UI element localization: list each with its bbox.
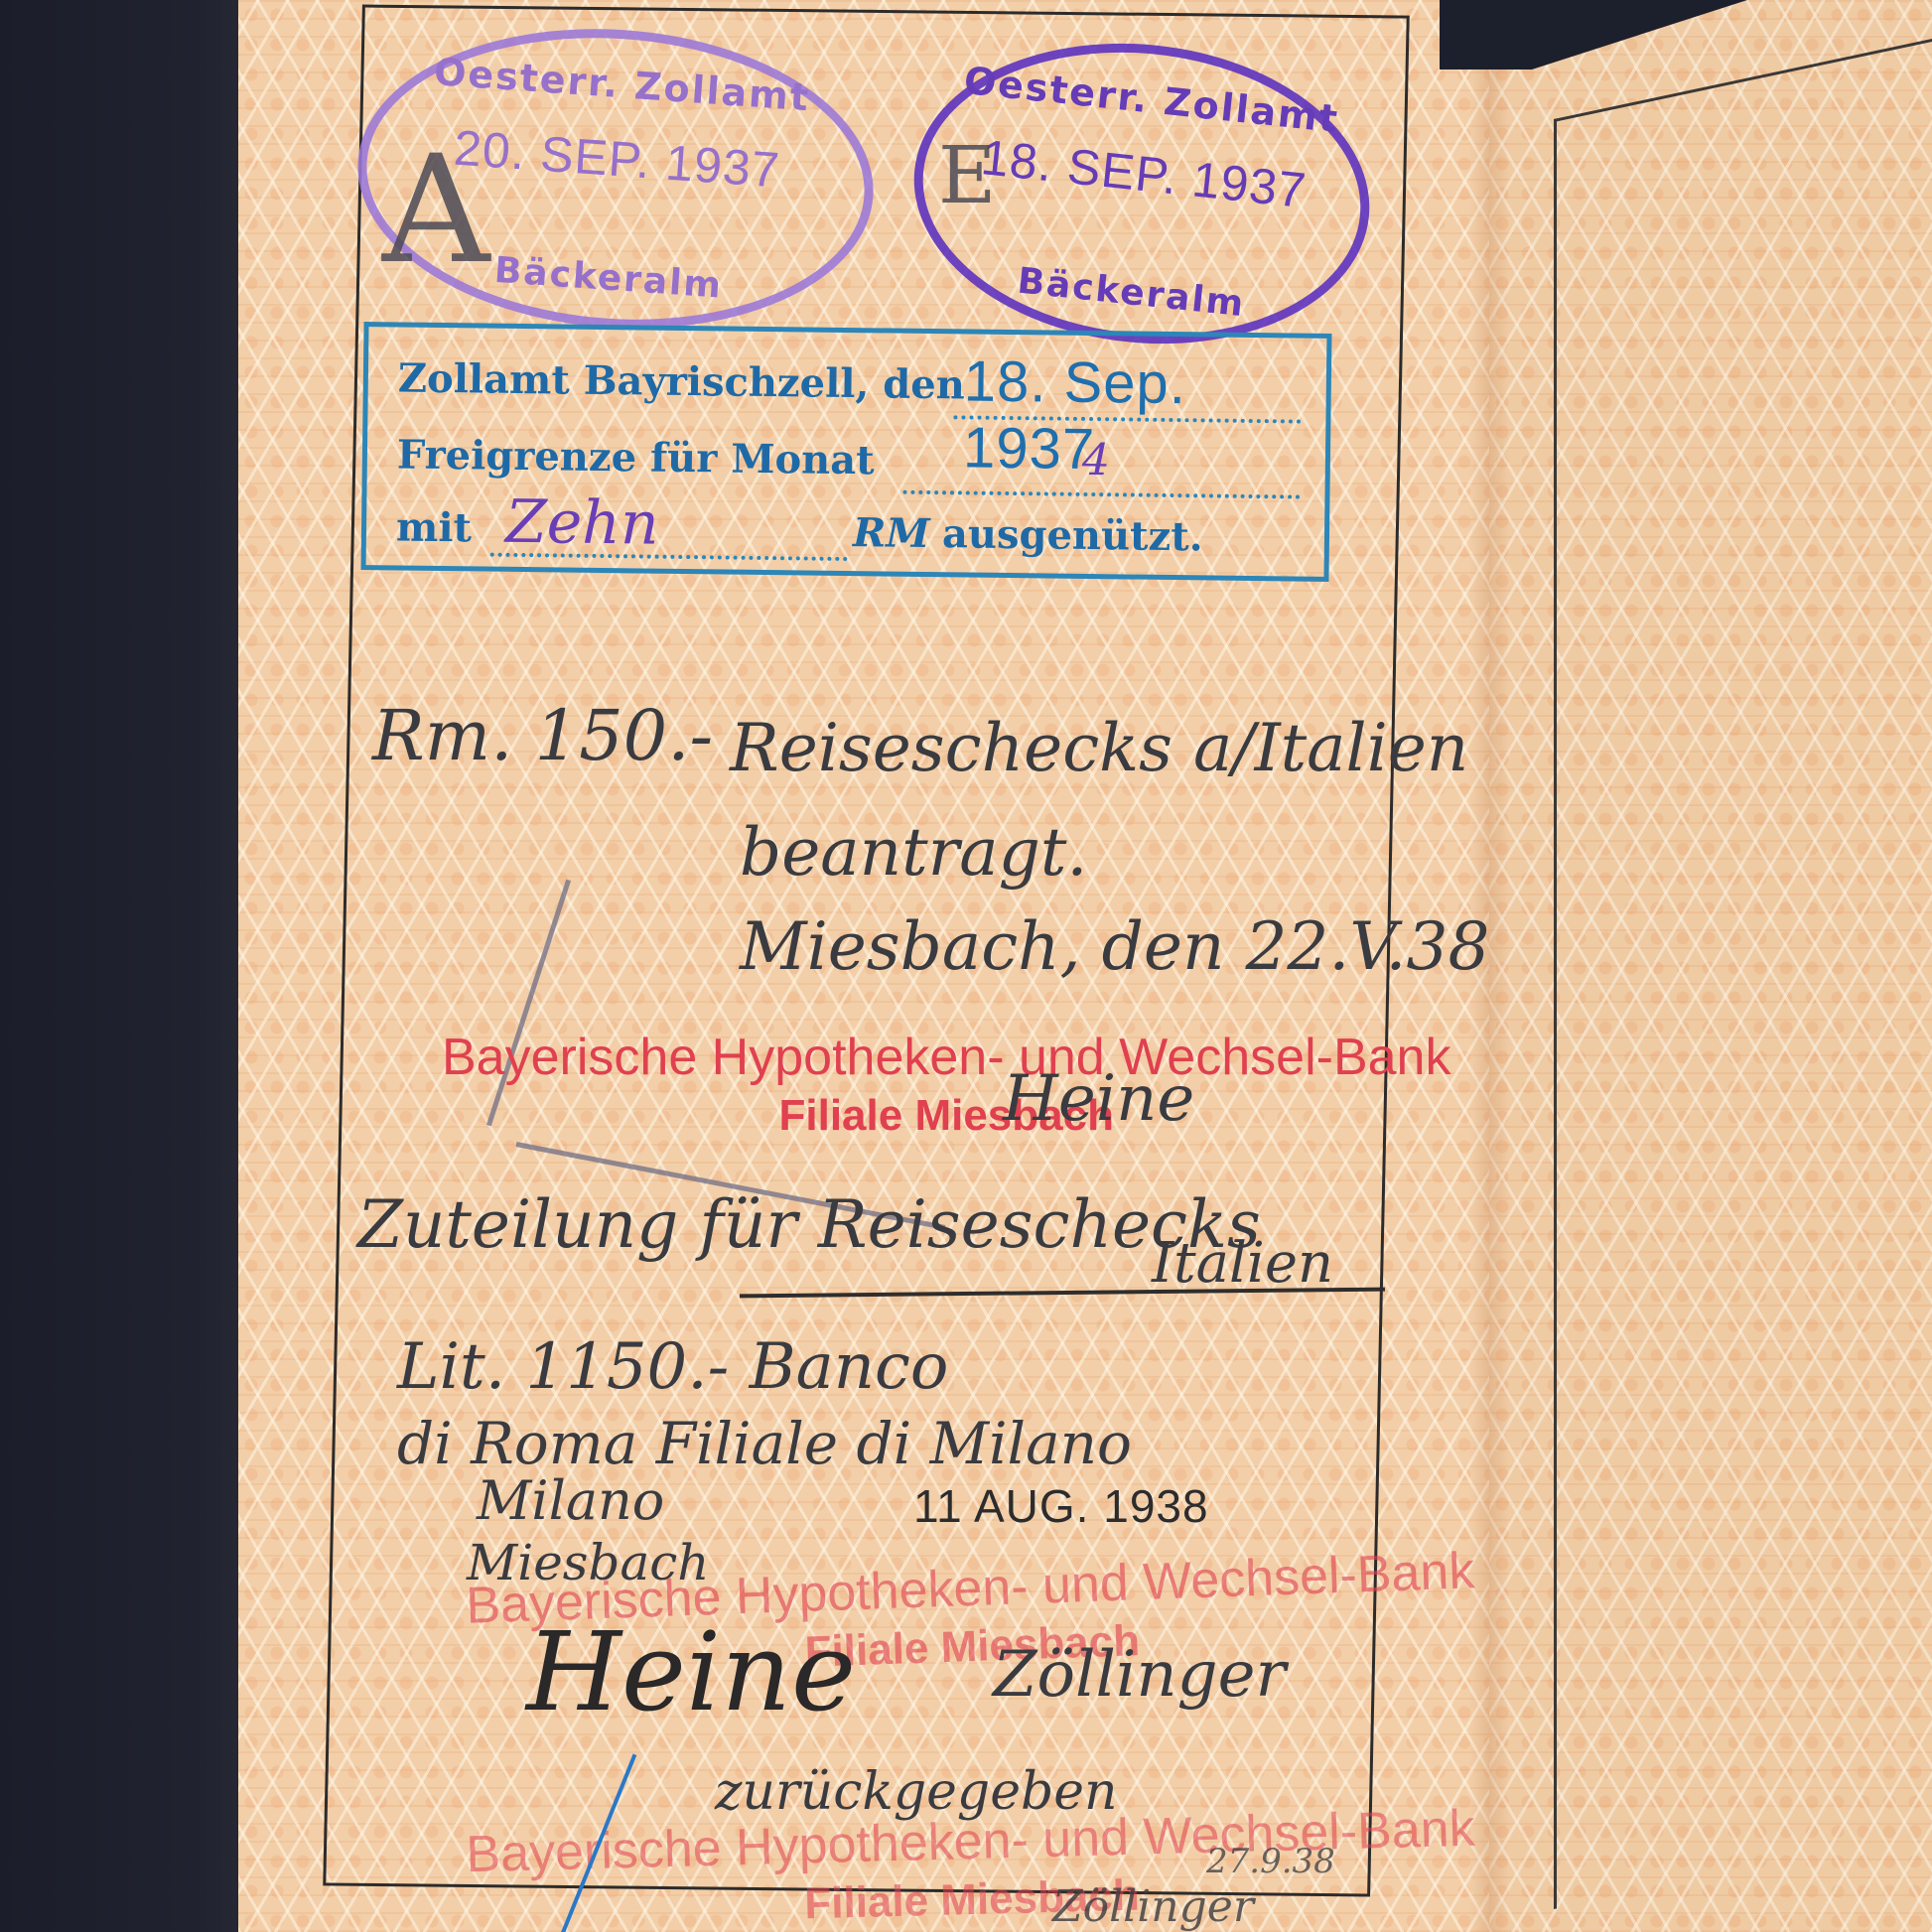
used-label: ausgenützt. [942,510,1203,560]
handwritten-amount: Rm. 150.- [372,695,713,776]
german-customs-stamp-box: Zollamt Bayrischzell, den 18. Sep. 1937 … [361,322,1332,582]
pencil-mark-e: E [938,129,996,221]
bank-name: Bayerische Hypotheken- und Wechsel-Bank [442,1028,1450,1087]
handwritten-requested: beantragt. [740,814,1087,891]
amount-value: Zehn [505,487,659,559]
bank-branch: Filiale Miesbach [442,1091,1450,1141]
footer-date: 27.9.38 [1206,1842,1335,1881]
footer-signature: Zöllinger [1052,1881,1254,1932]
bank-stamp-miesbach: Bayerische Hypotheken- und Wechsel-Bank … [442,1028,1450,1141]
dotted-line [490,553,848,561]
pencil-mark-a: A [382,124,489,297]
customs-office-label: Zollamt Bayrischzell, den [398,354,966,408]
currency-rm: RM [853,509,930,557]
handwritten-italy: Italien [1152,1231,1333,1296]
handwritten-place-date: Miesbach, den 22.V.38 [740,908,1490,985]
background-dark-left [0,0,243,1932]
signature-scribble: Heine [1003,1062,1194,1136]
month-value: 4 [1082,435,1111,485]
signature-zoellinger: Zöllinger [993,1638,1286,1712]
handwritten-lira-amount: Lit. 1150.- Banco [397,1330,948,1404]
right-page-border-frame [1554,13,1932,1909]
handwritten-allocation: Zuteilung für Reiseschecks [357,1186,1261,1263]
handwritten-travel-cheques: Reiseschecks a/Italien [730,710,1468,786]
handwritten-milan: Milano [477,1469,664,1532]
black-date-stamp: 11 AUG. 1938 [913,1479,1209,1533]
signature-heine: Heine [526,1608,856,1735]
duty-free-limit-label: Freigrenze für Monat [397,431,875,483]
dotted-line [902,490,1300,499]
handwritten-bank-branch: di Roma Filiale di Milano [397,1410,1132,1477]
amount-prefix: mit [396,503,473,551]
